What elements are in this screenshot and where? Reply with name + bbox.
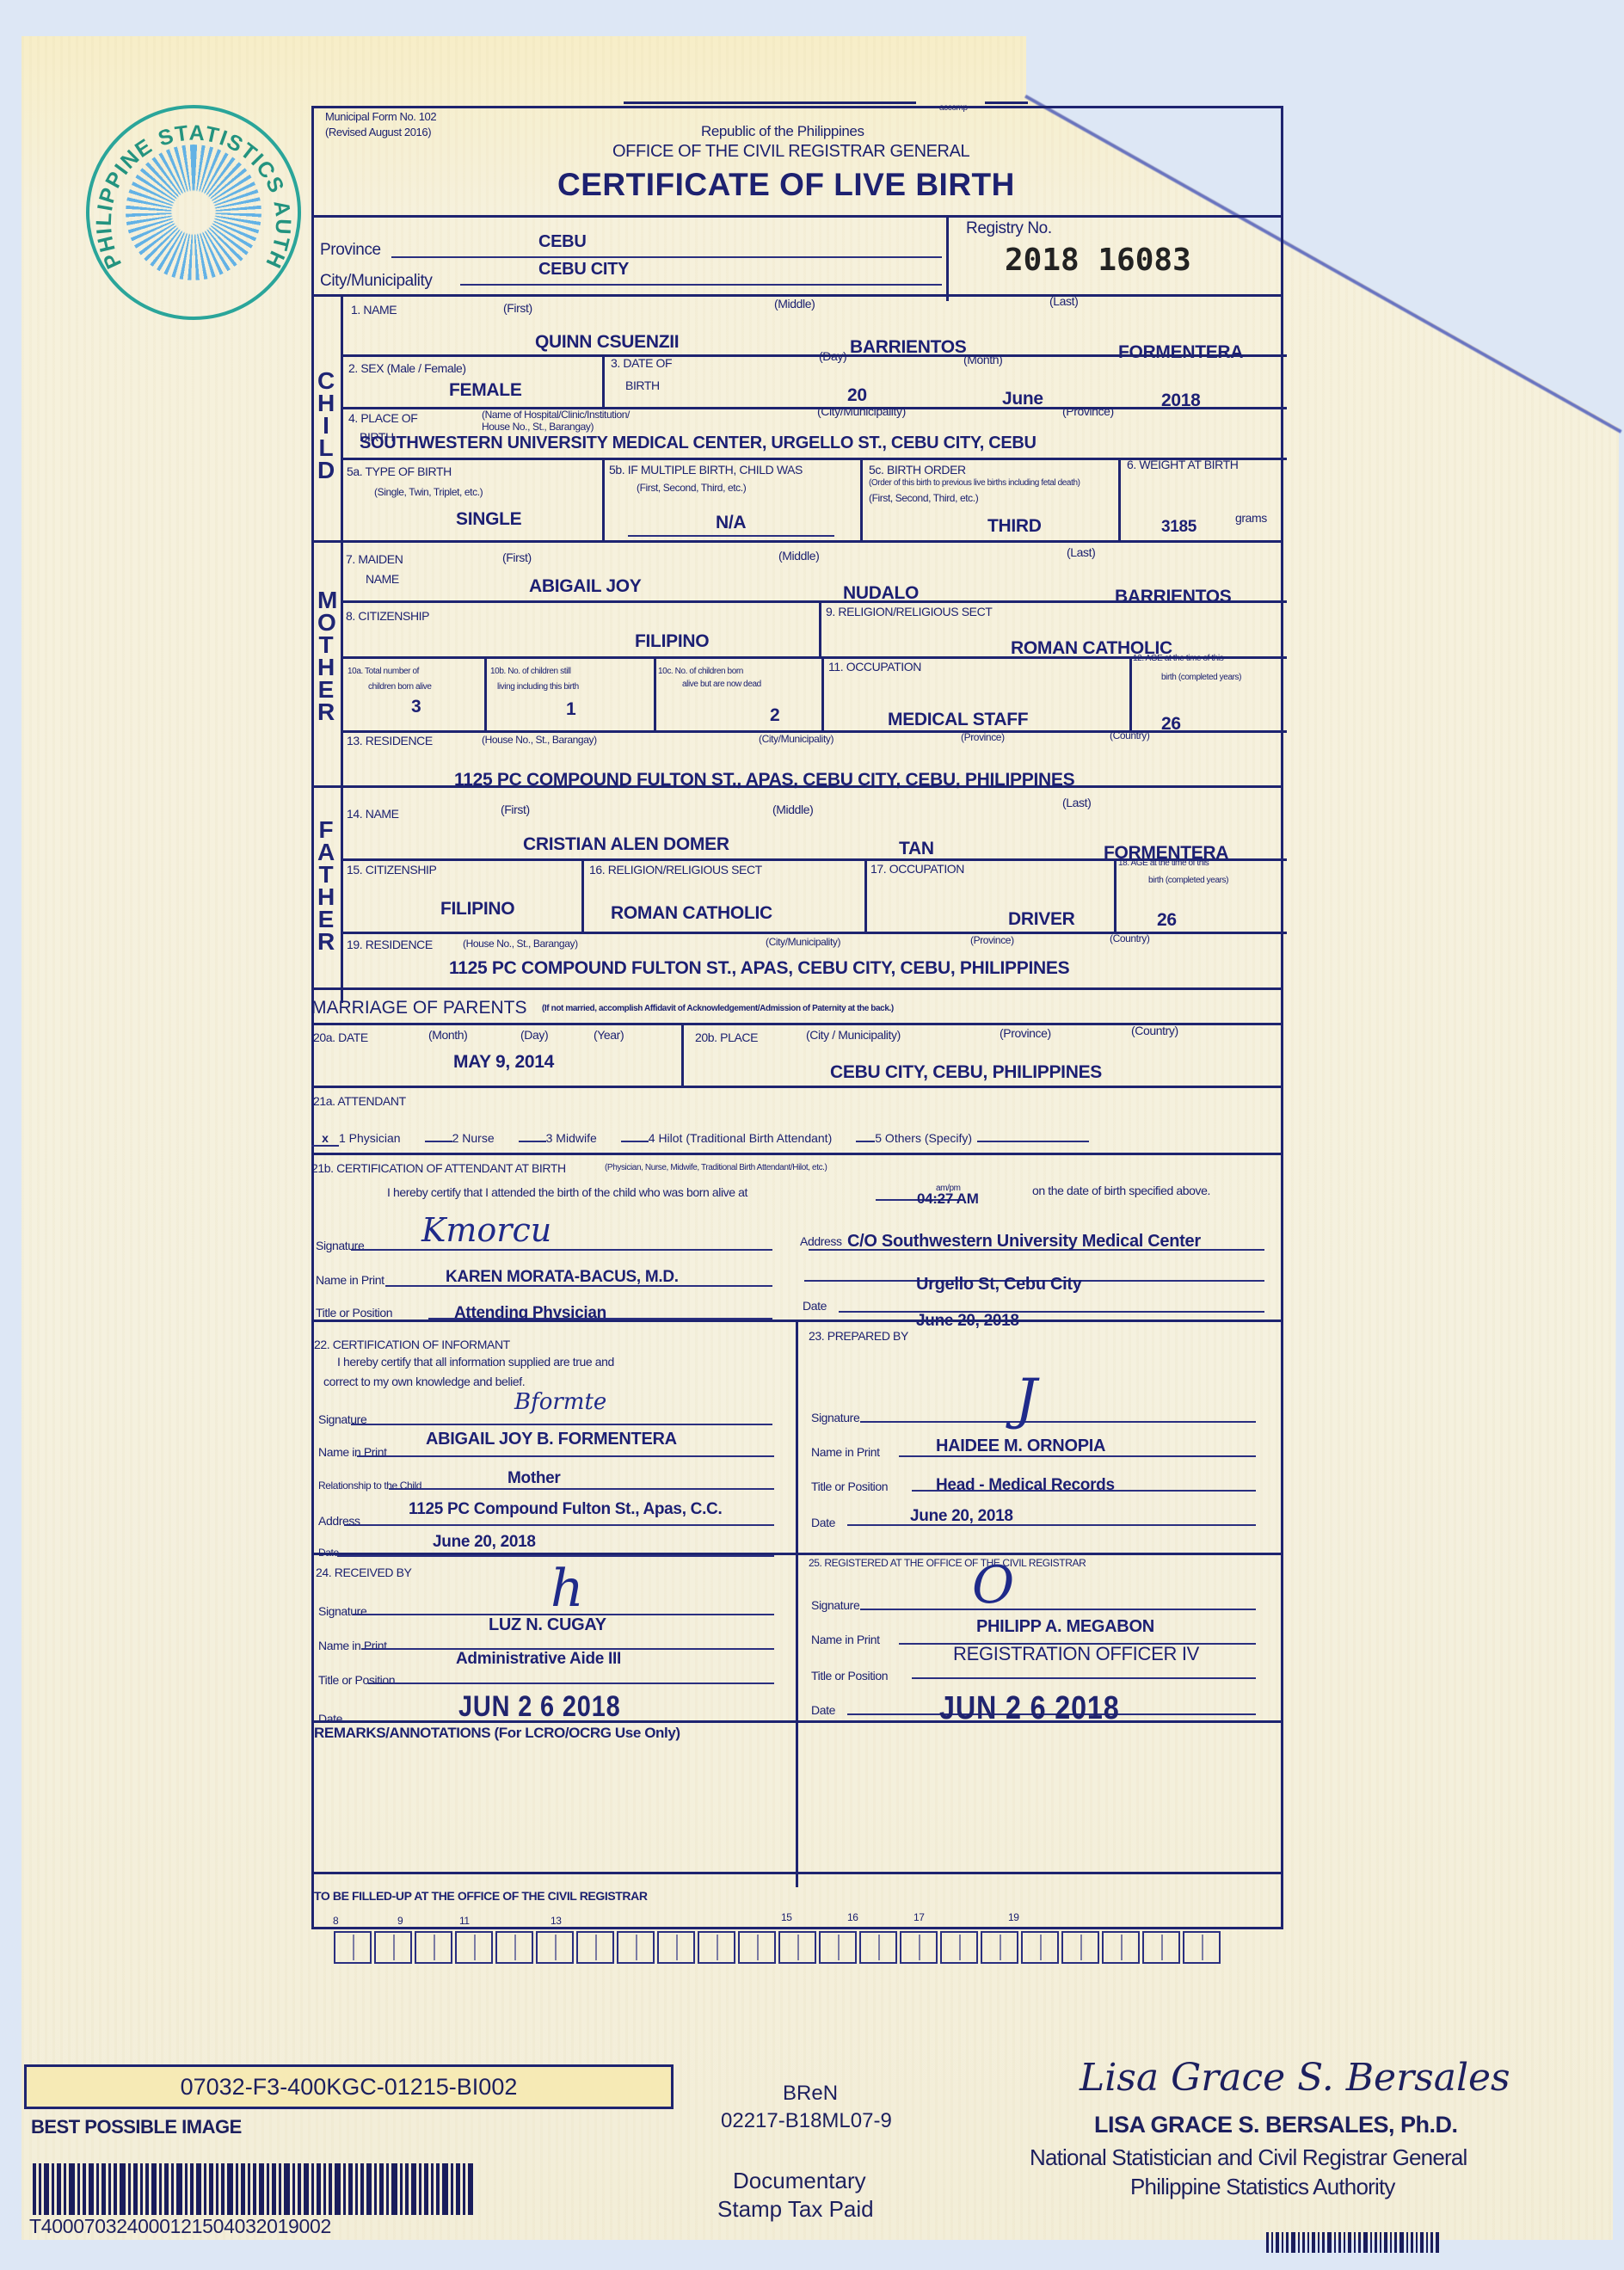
office-use-boxes: [334, 1931, 1221, 1964]
address-label: Address: [800, 1234, 842, 1248]
attendant-name: KAREN MORATA-BACUS, M.D.: [446, 1268, 679, 1287]
name-in-print-label: Name in Print: [811, 1633, 880, 1646]
rule: [341, 354, 1287, 357]
c10c-label-2: alive but are now dead: [682, 680, 761, 689]
mother-occupation: MEDICAL STAFF: [888, 710, 1028, 730]
middle-label: (Middle): [772, 803, 813, 816]
year-label: (Year): [594, 1028, 624, 1042]
rule: [796, 1320, 798, 1887]
top-rule-2: [985, 102, 1028, 104]
last-label: (Last): [1049, 294, 1078, 308]
mother-citizenship: FILIPINO: [635, 631, 709, 652]
c10a-label-2: children born alive: [368, 682, 432, 692]
pob-label: 4. PLACE OF: [348, 411, 417, 425]
first-label: (First): [501, 803, 530, 816]
rule: [368, 1683, 774, 1684]
dob-day: 20: [847, 385, 867, 406]
dob-label: 3. DATE OF: [611, 356, 672, 370]
code-box: [940, 1931, 978, 1964]
rule: [460, 284, 942, 286]
informant-statement-2: correct to my own knowledge and belief.: [323, 1375, 525, 1388]
informant-label: 22. CERTIFICATION OF INFORMANT: [314, 1338, 510, 1351]
attendant-option-others[interactable]: 5 Others (Specify): [856, 1131, 1089, 1147]
rule: [357, 1455, 774, 1457]
multiple-sub: (First, Second, Third, etc.): [637, 482, 746, 494]
country-label: (Country): [1131, 1024, 1178, 1037]
marriage-date-label: 20a. DATE: [313, 1030, 368, 1044]
marriage-heading: MARRIAGE OF PARENTS: [311, 998, 526, 1018]
pob-province-label: (Province): [1062, 404, 1114, 418]
code-box: [738, 1931, 776, 1964]
attendant-label: 21a. ATTENDANT: [313, 1094, 406, 1108]
attendant-checkmark: x: [311, 1131, 339, 1147]
rule: [847, 1524, 1256, 1526]
title-label: Title or Position: [811, 1669, 888, 1683]
code-box: [334, 1931, 372, 1964]
section-child: CHILD: [311, 370, 341, 482]
res-sub: (Province): [970, 934, 1014, 946]
box-number: 17: [913, 1911, 925, 1923]
weight-unit: grams: [1235, 511, 1267, 525]
attendant-option-physician[interactable]: x1 Physician: [311, 1131, 401, 1147]
c10b-label: 10b. No. of children still: [490, 667, 571, 676]
middle-label: (Middle): [778, 549, 819, 563]
name-in-print-label: Name in Print: [316, 1273, 384, 1287]
rule: [311, 1086, 1283, 1088]
first-label: (First): [502, 551, 532, 564]
mother-name-label: 7. MAIDEN: [346, 552, 403, 566]
day-label: (Day): [819, 349, 846, 363]
rule: [946, 215, 949, 301]
informant-relationship: Mother: [507, 1469, 561, 1488]
type-of-birth-label: 5a. TYPE OF BIRTH: [347, 464, 452, 478]
registered-label: 25. REGISTERED AT THE OFFICE OF THE CIVI…: [809, 1557, 1086, 1569]
rule: [341, 294, 343, 1003]
rule: [860, 1421, 1256, 1423]
prepared-title: Head - Medical Records: [936, 1476, 1115, 1495]
remarks-label: REMARKS/ANNOTATIONS (For LCRO/OCRG Use O…: [314, 1725, 680, 1742]
form-revision: (Revised August 2016): [325, 126, 431, 138]
option-label: 4 Hilot (Traditional Birth Attendant): [649, 1131, 832, 1145]
svg-text:PHILIPPINE STATISTICS AUTHORIT: PHILIPPINE STATISTICS AUTHORITY: [86, 105, 295, 273]
small-barcode-icon: [1266, 2232, 1442, 2253]
rule: [581, 858, 584, 932]
rule: [628, 535, 834, 537]
res-sub: (Province): [961, 731, 1005, 743]
code-box: [1183, 1931, 1221, 1964]
rule: [602, 354, 605, 408]
rule: [681, 1023, 684, 1086]
code-box: [1102, 1931, 1140, 1964]
birth-order-note: (Order of this birth to previous live bi…: [869, 478, 1110, 488]
dst-line2: Stamp Tax Paid: [717, 2196, 874, 2223]
rule: [602, 458, 605, 540]
rule: [1118, 458, 1121, 540]
sex-label: 2. SEX (Male / Female): [348, 361, 466, 375]
father-first-name: CRISTIAN ALEN DOMER: [523, 834, 729, 855]
res-sub: (City/Municipality): [759, 733, 834, 745]
option-label: 5 Others (Specify): [875, 1131, 972, 1145]
title-label: Title or Position: [811, 1479, 888, 1493]
rule: [821, 656, 824, 730]
province-label: (Province): [1000, 1026, 1051, 1040]
registered-name: PHILIPP A. MEGABON: [976, 1617, 1154, 1637]
rule: [391, 256, 942, 258]
registry-label: Registry No.: [966, 219, 1052, 238]
option-label: 3 Midwife: [546, 1131, 597, 1145]
month-label: (Month): [963, 353, 1002, 366]
date-label: Date: [811, 1516, 835, 1529]
rule: [351, 1424, 772, 1425]
mother-religion-label: 9. RELIGION/RELIGIOUS SECT: [826, 605, 992, 618]
place-of-birth: SOUTHWESTERN UNIVERSITY MEDICAL CENTER, …: [360, 434, 1037, 453]
province-label: Province: [320, 241, 381, 260]
father-religion-label: 16. RELIGION/RELIGIOUS SECT: [589, 863, 762, 877]
informant-address: 1125 PC Compound Fulton St., Apas, C.C.: [409, 1500, 722, 1519]
pob-sub-2: House No., St., Barangay): [482, 421, 594, 433]
code-box: [819, 1931, 857, 1964]
attendant-option-hilot[interactable]: 4 Hilot (Traditional Birth Attendant): [621, 1131, 832, 1147]
rule: [311, 1720, 1283, 1723]
republic-label: Republic of the Philippines: [701, 123, 864, 140]
bren-label: BReN: [783, 2082, 838, 2106]
box-number: 8: [333, 1915, 338, 1927]
rule: [344, 1524, 774, 1526]
name-in-print-label: Name in Print: [811, 1445, 880, 1459]
res-sub: (Country): [1110, 932, 1149, 944]
res-sub: (Country): [1110, 729, 1149, 741]
received-signature: h: [551, 1559, 584, 1619]
registry-number: 2018 16083: [1005, 243, 1191, 278]
multiple-birth: N/A: [716, 513, 746, 533]
child-first-name: QUINN CSUENZII: [535, 332, 679, 353]
marriage-place-label: 20b. PLACE: [695, 1030, 758, 1044]
mother-age-label: 12. AGE at the time of this: [1133, 654, 1223, 663]
code-box: [981, 1931, 1018, 1964]
barcode-number: T400070324000121504032019002: [29, 2215, 331, 2238]
box-number: 16: [847, 1911, 858, 1923]
rule: [912, 1677, 1256, 1679]
c10c-label: 10c. No. of children born: [658, 667, 743, 676]
code-box: [1021, 1931, 1059, 1964]
signature-label: Signature: [318, 1604, 366, 1618]
rule: [311, 215, 1283, 218]
rule: [819, 600, 821, 656]
attendant-option-nurse[interactable]: 2 Nurse: [425, 1131, 495, 1147]
form-number: Municipal Form No. 102: [325, 110, 436, 123]
date-label: Date: [811, 1703, 835, 1717]
rule: [337, 1555, 774, 1557]
dst-line1: Documentary: [733, 2168, 866, 2194]
box-number: 13: [551, 1915, 562, 1927]
dob-label-2: BIRTH: [625, 378, 660, 392]
father-age: 26: [1157, 910, 1177, 931]
city-label: City/Municipality: [320, 272, 432, 291]
rule: [311, 1553, 1283, 1555]
received-label: 24. RECEIVED BY: [316, 1566, 412, 1579]
birth-order: THIRD: [987, 516, 1042, 537]
rule: [311, 987, 1283, 990]
section-mother: MOTHER: [311, 589, 341, 723]
code-box: [1142, 1931, 1180, 1964]
cert-statement-end: on the date of birth specified above.: [1032, 1184, 1210, 1197]
child-last-name: FORMENTERA: [1118, 342, 1243, 363]
code-box: [374, 1931, 412, 1964]
top-rule: [624, 102, 916, 104]
father-residence-label: 19. RESIDENCE: [347, 938, 433, 951]
rule: [1114, 858, 1116, 932]
code-box: [415, 1931, 452, 1964]
rule: [860, 458, 863, 540]
ampm-label: am/pm: [936, 1184, 961, 1193]
option-label: 1 Physician: [339, 1131, 401, 1145]
code-box: [536, 1931, 574, 1964]
barcode-icon: [33, 2163, 476, 2215]
psa-seal: PHILIPPINE STATISTICS AUTHORITY: [86, 105, 301, 320]
marriage-place: CEBU CITY, CEBU, PHILIPPINES: [830, 1062, 1102, 1083]
control-number-box: 07032-F3-400KGC-01215-BI002: [24, 2064, 674, 2109]
code-box: [576, 1931, 614, 1964]
child-sex: FEMALE: [449, 380, 522, 401]
cert-attendant-label: 21b. CERTIFICATION OF ATTENDANT AT BIRTH: [311, 1161, 566, 1175]
rule: [654, 656, 656, 730]
attendant-address-line2: Urgello St, Cebu City: [916, 1275, 1082, 1295]
mother-citizenship-label: 8. CITIZENSHIP: [346, 609, 429, 623]
children-dead: 2: [770, 705, 779, 726]
code-box: [1061, 1931, 1099, 1964]
registrar-general-signature: Lisa Grace S. Bersales: [1080, 2056, 1510, 2100]
province-value: CEBU: [538, 232, 586, 252]
res-sub: (City/Municipality): [766, 936, 840, 948]
signature-label: Signature: [811, 1598, 859, 1612]
prepared-label: 23. PREPARED BY: [809, 1329, 908, 1343]
control-number: 07032-F3-400KGC-01215-BI002: [181, 2074, 518, 2101]
prepared-name: HAIDEE M. ORNOPIA: [936, 1436, 1105, 1456]
month-label: (Month): [428, 1028, 467, 1042]
first-label: (First): [503, 301, 532, 315]
day-label: (Day): [520, 1028, 548, 1042]
code-box: [657, 1931, 695, 1964]
father-middle-name: TAN: [899, 839, 934, 859]
section-father: FATHER: [311, 819, 341, 953]
code-box: [495, 1931, 533, 1964]
rule: [311, 540, 1283, 543]
children-living: 1: [566, 699, 575, 720]
signature-label: Signature: [811, 1411, 859, 1424]
registrar-general-name: LISA GRACE S. BERSALES, Ph.D.: [1094, 2112, 1458, 2138]
seal-text: PHILIPPINE STATISTICS AUTHORITY: [86, 105, 301, 320]
c10b-label-2: living including this birth: [497, 682, 579, 692]
registered-signature: O: [972, 1555, 1014, 1615]
code-box: [778, 1931, 816, 1964]
rule: [1129, 656, 1132, 730]
attendant-options: x1 Physician 2 Nurse 3 Midwife 4 Hilot (…: [311, 1131, 1089, 1147]
received-date-stamp: JUN 2 6 2018: [458, 1690, 621, 1724]
title-label: Title or Position: [316, 1306, 392, 1320]
rule: [839, 1311, 1264, 1313]
father-age-label: 18. AGE at the time of this: [1118, 858, 1209, 868]
registrar-general-title: National Statistician and Civil Registra…: [1030, 2144, 1467, 2171]
rule: [389, 1488, 774, 1490]
c10a-label: 10a. Total number of: [348, 667, 419, 676]
rule: [864, 858, 867, 932]
weight-label: 6. WEIGHT AT BIRTH: [1127, 458, 1238, 471]
city-value: CEBU CITY: [538, 260, 629, 280]
name-in-print-label: Name in Print: [318, 1639, 387, 1652]
rule: [860, 1609, 1256, 1610]
mother-name-label-2: NAME: [366, 572, 399, 586]
box-number: 11: [459, 1915, 470, 1927]
father-religion: ROMAN CATHOLIC: [611, 903, 772, 924]
father-age-label-2: birth (completed years): [1148, 876, 1228, 885]
rule: [341, 600, 1287, 603]
mother-residence-label: 13. RESIDENCE: [347, 734, 433, 747]
last-label: (Last): [1062, 796, 1091, 809]
registered-title: REGISTRATION OFFICER IV: [953, 1643, 1199, 1665]
mother-age-label-2: birth (completed years): [1161, 673, 1241, 682]
multiple-birth-label: 5b. IF MULTIPLE BIRTH, CHILD WAS: [609, 463, 803, 477]
rule: [311, 1153, 1283, 1155]
pob-city-label: (City/Municipality): [817, 404, 906, 418]
code-box: [455, 1931, 493, 1964]
type-sub: (Single, Twin, Triplet, etc.): [374, 486, 483, 498]
res-sub: (House No., St., Barangay): [463, 938, 578, 950]
father-occupation: DRIVER: [1008, 909, 1075, 930]
attendant-option-midwife[interactable]: 3 Midwife: [519, 1131, 597, 1147]
res-sub: (House No., St., Barangay): [482, 734, 597, 746]
box-number: 9: [397, 1915, 403, 1927]
mother-occupation-label: 11. OCCUPATION: [828, 660, 921, 674]
mother-first-name: ABIGAIL JOY: [529, 576, 642, 597]
cert-statement: I hereby certify that I attended the bir…: [387, 1185, 747, 1199]
informant-name: ABIGAIL JOY B. FORMENTERA: [426, 1430, 677, 1449]
attendant-signature: Kmorcu: [421, 1211, 551, 1249]
father-citizenship: FILIPINO: [440, 899, 514, 920]
option-label: 2 Nurse: [452, 1131, 495, 1145]
rule: [311, 1872, 1283, 1874]
bren-value: 02217-B18ML07-9: [721, 2109, 892, 2133]
code-box: [698, 1931, 735, 1964]
attendant-address-line1: C/O Southwestern University Medical Cent…: [847, 1232, 1201, 1252]
box-number: 19: [1008, 1911, 1019, 1923]
father-name-label: 14. NAME: [347, 807, 399, 821]
pob-sub: (Name of Hospital/Clinic/Institution/: [482, 409, 630, 421]
rule: [311, 785, 1283, 788]
middle-label: (Middle): [774, 297, 815, 311]
received-title: Administrative Aide III: [456, 1650, 621, 1669]
code-box: [900, 1931, 938, 1964]
type-of-birth: SINGLE: [456, 509, 521, 530]
last-label: (Last): [1067, 545, 1095, 559]
father-citizenship-label: 15. CITIZENSHIP: [347, 863, 436, 877]
rule: [351, 1249, 772, 1251]
date-label: Date: [318, 1712, 342, 1726]
title-label: Title or Position: [318, 1673, 395, 1687]
page-title: CERTIFICATE OF LIVE BIRTH: [557, 167, 1015, 203]
marriage-date: MAY 9, 2014: [453, 1052, 554, 1073]
best-image-label: BEST POSSIBLE IMAGE: [31, 2116, 242, 2138]
office-use-label: TO BE FILLED-UP AT THE OFFICE OF THE CIV…: [314, 1889, 648, 1903]
time-of-birth: 04:27 AM: [917, 1190, 979, 1208]
weight-at-birth: 3185: [1161, 518, 1196, 537]
cert-attendant-sub: (Physician, Nurse, Midwife, Traditional …: [605, 1163, 827, 1172]
birth-order-sub: (First, Second, Third, etc.): [869, 492, 978, 504]
informant-signature: Bformte: [514, 1389, 606, 1415]
father-residence: 1125 PC COMPOUND FULTON ST., APAS, CEBU …: [449, 958, 1069, 979]
prepared-signature: J: [1015, 1368, 1037, 1431]
prepared-date: June 20, 2018: [910, 1507, 1013, 1526]
mother-last-name: BARRIENTOS: [1115, 587, 1231, 607]
birth-order-label: 5c. BIRTH ORDER: [869, 463, 966, 477]
informant-date: June 20, 2018: [433, 1533, 536, 1552]
children-born-alive: 3: [411, 697, 421, 717]
office-label: OFFICE OF THE CIVIL REGISTRAR GENERAL: [612, 142, 969, 162]
code-box: [617, 1931, 655, 1964]
code-box: [859, 1931, 897, 1964]
informant-statement: I hereby certify that all information su…: [337, 1355, 614, 1369]
received-name: LUZ N. CUGAY: [489, 1615, 606, 1635]
registrar-general-org: Philippine Statistics Authority: [1130, 2174, 1395, 2200]
rule: [484, 656, 487, 730]
city-label: (City / Municipality): [806, 1028, 901, 1042]
date-label: Date: [803, 1299, 827, 1313]
box-number: 15: [781, 1911, 792, 1923]
marriage-note: (If not married, accomplish Affidavit of…: [542, 1004, 894, 1013]
child-name-label: 1. NAME: [351, 303, 397, 317]
father-occupation-label: 17. OCCUPATION: [870, 862, 964, 876]
